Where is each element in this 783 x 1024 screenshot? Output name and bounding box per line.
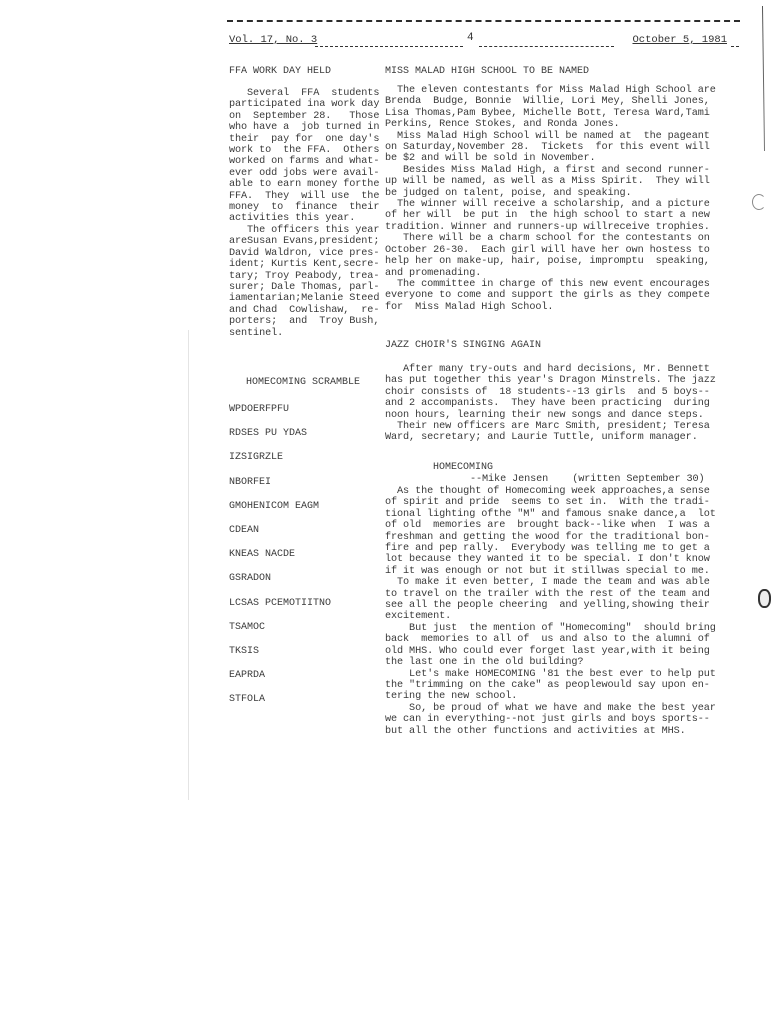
miss-malad-article-body: The eleven contestants for Miss Malad Hi… (385, 85, 745, 313)
volume-number: Vol. 17, No. 3 (229, 34, 317, 46)
homecoming-byline: --Mike Jensen (written September 30) (470, 474, 783, 485)
scramble-word: GMOHENICOM EAGM (229, 500, 331, 524)
scramble-word: STFOLA (229, 693, 331, 717)
ffa-article-body: Several FFA students participated ina wo… (229, 88, 379, 339)
scan-fold-line (188, 330, 189, 800)
jazz-choir-headline: JAZZ CHOIR'S SINGING AGAIN (385, 340, 745, 351)
scramble-word: EAPRDA (229, 669, 331, 693)
scramble-word: KNEAS NACDE (229, 548, 331, 572)
ffa-headline: FFA WORK DAY HELD (229, 66, 379, 77)
header-dash-fill (315, 46, 463, 47)
homecoming-headline: HOMECOMING (433, 462, 783, 473)
scramble-word-list: WPDOERFPFURDSES PU YDASIZSIGRZLENBORFEIG… (229, 403, 331, 717)
newsletter-page: Vol. 17, No. 3 4 October 5, 1981 FFA WOR… (0, 0, 783, 1024)
miss-malad-headline: MISS MALAD HIGH SCHOOL TO BE NAMED (385, 66, 745, 77)
page-header: Vol. 17, No. 3 4 October 5, 1981 (229, 34, 739, 50)
issue-date: October 5, 1981 (632, 34, 727, 46)
scramble-word: CDEAN (229, 524, 331, 548)
scramble-word: LCSAS PCEMOTIITNO (229, 597, 331, 621)
scramble-word: RDSES PU YDAS (229, 427, 331, 451)
scramble-word: WPDOERFPFU (229, 403, 331, 427)
scramble-word: IZSIGRZLE (229, 451, 331, 475)
hole-punch-mark (752, 194, 766, 210)
scramble-word: GSRADON (229, 572, 331, 596)
scan-margin-line (762, 6, 765, 151)
jazz-choir-article-body: After many try-outs and hard decisions, … (385, 364, 745, 444)
header-dash-fill (479, 46, 614, 47)
hole-punch-mark (758, 589, 771, 608)
top-dashed-rule (227, 20, 740, 22)
homecoming-article-body: As the thought of Homecoming week approa… (385, 486, 745, 737)
scramble-word: TKSIS (229, 645, 331, 669)
scramble-word: NBORFEI (229, 476, 331, 500)
page-number: 4 (467, 32, 474, 44)
scramble-title: HOMECOMING SCRAMBLE (246, 377, 360, 388)
header-dash-fill (731, 46, 739, 47)
scramble-word: TSAMOC (229, 621, 331, 645)
